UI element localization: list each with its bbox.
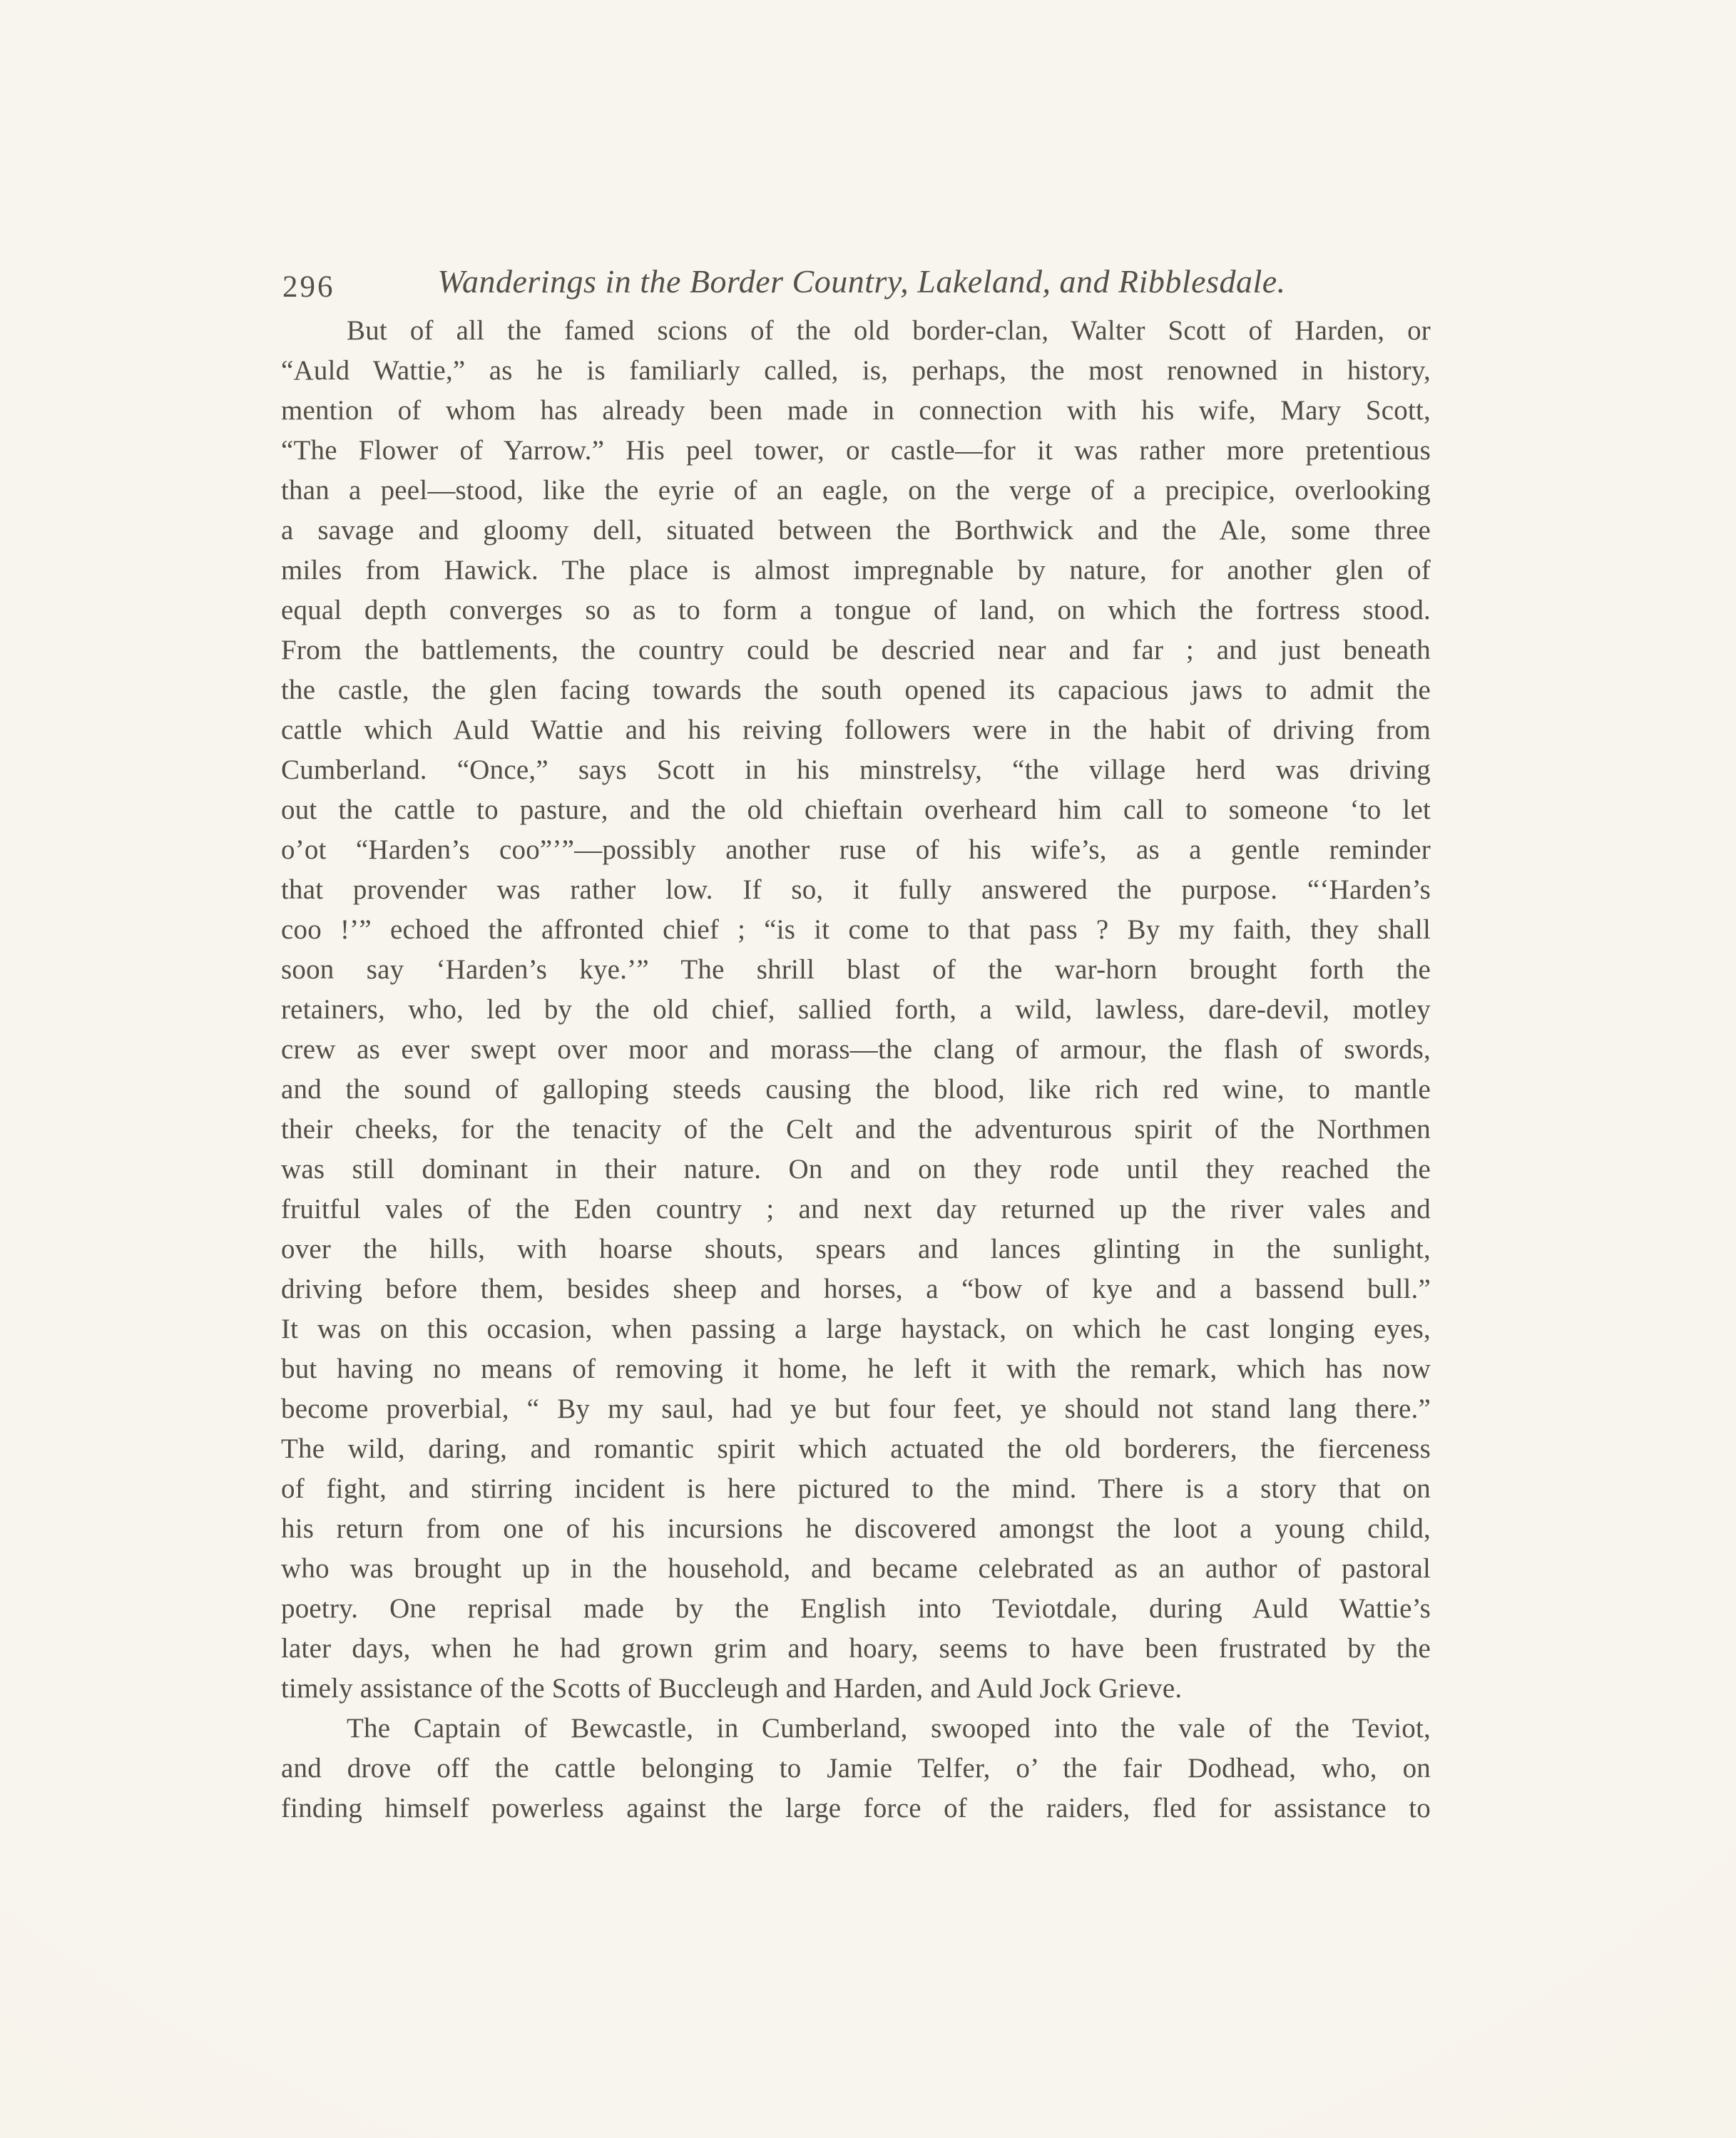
- paragraph: But of all the famed scions of the old b…: [281, 311, 1431, 1709]
- text-line: equal depth converges so as to form a to…: [281, 590, 1431, 630]
- paragraph: The Captain of Bewcastle, in Cumberland,…: [281, 1709, 1431, 1828]
- text-line: fruitful vales of the Eden country ; and…: [281, 1190, 1431, 1229]
- text-line: over the hills, with hoarse shouts, spea…: [281, 1229, 1431, 1269]
- text-line: and drove off the cattle belonging to Ja…: [281, 1749, 1431, 1789]
- text-line: But of all the famed scions of the old b…: [281, 311, 1431, 351]
- text-line: was still dominant in their nature. On a…: [281, 1150, 1431, 1190]
- text-line: coo !’” echoed the affronted chief ; “is…: [281, 910, 1431, 950]
- text-line: poetry. One reprisal made by the English…: [281, 1589, 1431, 1629]
- text-line: retainers, who, led by the old chief, sa…: [281, 990, 1431, 1030]
- text-line: their cheeks, for the tenacity of the Ce…: [281, 1110, 1431, 1150]
- text-line: “The Flower of Yarrow.” His peel tower, …: [281, 431, 1431, 471]
- text-line: become proverbial, “ By my saul, had ye …: [281, 1389, 1431, 1429]
- text-line: the castle, the glen facing towards the …: [281, 670, 1431, 710]
- text-line: From the battlements, the country could …: [281, 630, 1431, 670]
- text-line: driving before them, besides sheep and h…: [281, 1269, 1431, 1309]
- text-line: his return from one of his incursions he…: [281, 1509, 1431, 1549]
- text-line: and the sound of galloping steeds causin…: [281, 1070, 1431, 1110]
- book-page: 296 Wanderings in the Border Country, La…: [0, 0, 1736, 2138]
- text-line: o’ot “Harden’s coo”’”—possibly another r…: [281, 830, 1431, 870]
- text-block: But of all the famed scions of the old b…: [281, 311, 1431, 1828]
- text-line: a savage and gloomy dell, situated betwe…: [281, 511, 1431, 551]
- page-header: 296 Wanderings in the Border Country, La…: [281, 262, 1431, 308]
- text-line: It was on this occasion, when passing a …: [281, 1309, 1431, 1349]
- running-title: Wanderings in the Border Country, Lakela…: [287, 262, 1436, 300]
- text-line: out the cattle to pasture, and the old c…: [281, 790, 1431, 830]
- text-line: mention of whom has already been made in…: [281, 391, 1431, 431]
- text-line: miles from Hawick. The place is almost i…: [281, 551, 1431, 590]
- text-line: The Captain of Bewcastle, in Cumberland,…: [281, 1709, 1431, 1749]
- text-line: than a peel—stood, like the eyrie of an …: [281, 471, 1431, 511]
- text-line: but having no means of removing it home,…: [281, 1349, 1431, 1389]
- text-line: cattle which Auld Wattie and his reiving…: [281, 710, 1431, 750]
- text-line: timely assistance of the Scotts of Buccl…: [281, 1669, 1431, 1709]
- text-line: who was brought up in the household, and…: [281, 1549, 1431, 1589]
- text-line: “Auld Wattie,” as he is familiarly calle…: [281, 351, 1431, 391]
- text-line: of fight, and stirring incident is here …: [281, 1469, 1431, 1509]
- text-line: soon say ‘Harden’s kye.’” The shrill bla…: [281, 950, 1431, 990]
- text-line: that provender was rather low. If so, it…: [281, 870, 1431, 910]
- text-line: later days, when he had grown grim and h…: [281, 1629, 1431, 1669]
- text-line: The wild, daring, and romantic spirit wh…: [281, 1429, 1431, 1469]
- text-line: crew as ever swept over moor and morass—…: [281, 1030, 1431, 1070]
- text-line: finding himself powerless against the la…: [281, 1789, 1431, 1828]
- text-line: Cumberland. “Once,” says Scott in his mi…: [281, 750, 1431, 790]
